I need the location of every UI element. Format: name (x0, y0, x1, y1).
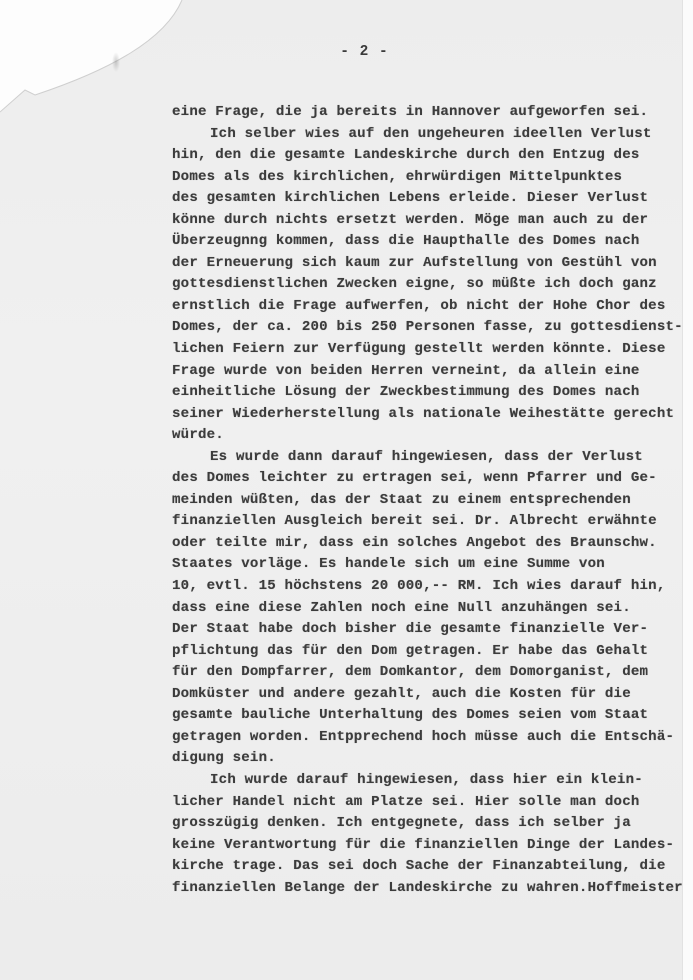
text-line: Domes, der ca. 200 bis 250 Personen fass… (172, 317, 687, 339)
text-line: des gesamten kirchlichen Lebens erleide.… (172, 188, 687, 210)
text-line: dass eine diese Zahlen noch eine Null an… (172, 598, 687, 620)
text-line: gesamte bauliche Unterhaltung des Domes … (172, 705, 687, 727)
text-line: digung sein. (172, 748, 687, 770)
text-line: Domes als des kirchlichen, ehrwürdigen M… (172, 167, 687, 189)
text-line: der Erneuerung sich kaum zur Aufstellung… (172, 253, 687, 275)
typewritten-letter-body: eine Frage, die ja bereits in Hannover a… (172, 102, 687, 899)
text-line: Überzeugnng kommen, dass die Haupthalle … (172, 231, 687, 253)
text-line: oder teilte mir, dass ein solches Angebo… (172, 533, 687, 555)
text-line: licher Handel nicht am Platze sei. Hier … (172, 792, 687, 814)
text-line: eine Frage, die ja bereits in Hannover a… (172, 102, 687, 124)
text-line: für den Dompfarrer, dem Domkantor, dem D… (172, 662, 687, 684)
text-line: einheitliche Lösung der Zweckbestimmung … (172, 382, 687, 404)
text-line: keine Verantwortung für die finanziellen… (172, 835, 687, 857)
text-line: finanziellen Ausgleich bereit sei. Dr. A… (172, 511, 687, 533)
text-line: Staates vorläge. Es handele sich um eine… (172, 554, 687, 576)
text-line: finanziellen Belange der Landeskirche zu… (172, 878, 687, 900)
scanned-page: - 2 - eine Frage, die ja bereits in Hann… (0, 0, 683, 980)
text-line: getragen worden. Entpprechend hoch müsse… (172, 727, 687, 749)
text-line: hin, den die gesamte Landeskirche durch … (172, 145, 687, 167)
text-line: lichen Feiern zur Verfügung gestellt wer… (172, 339, 687, 361)
text-line: grosszügig denken. Ich entgegnete, dass … (172, 813, 687, 835)
text-line: ernstlich die Frage aufwerfen, ob nicht … (172, 296, 687, 318)
text-line: gottesdienstlichen Zwecken eigne, so müß… (172, 274, 687, 296)
text-line: kirche trage. Das sei doch Sache der Fin… (172, 856, 687, 878)
text-line: seiner Wiederherstellung als nationale W… (172, 404, 687, 426)
page-number: - 2 - (0, 44, 683, 60)
text-line: würde. (172, 425, 687, 447)
folded-corner (0, 0, 200, 120)
text-line: 10, evtl. 15 höchstens 20 000,-- RM. Ich… (172, 576, 687, 598)
text-line: Es wurde dann darauf hingewiesen, dass d… (172, 447, 687, 469)
scan-edge (682, 0, 693, 980)
text-line: pflichtung das für den Dom getragen. Er … (172, 641, 687, 663)
text-line: Ich selber wies auf den ungeheuren ideel… (172, 124, 687, 146)
text-line: des Domes leichter zu ertragen sei, wenn… (172, 468, 687, 490)
text-line: Domküster und andere gezahlt, auch die K… (172, 684, 687, 706)
text-line: Der Staat habe doch bisher die gesamte f… (172, 619, 687, 641)
text-line: Frage wurde von beiden Herren verneint, … (172, 361, 687, 383)
text-line: meinden wüßten, das der Staat zu einem e… (172, 490, 687, 512)
text-line: könne durch nichts ersetzt werden. Möge … (172, 210, 687, 232)
text-line: Ich wurde darauf hingewiesen, dass hier … (172, 770, 687, 792)
